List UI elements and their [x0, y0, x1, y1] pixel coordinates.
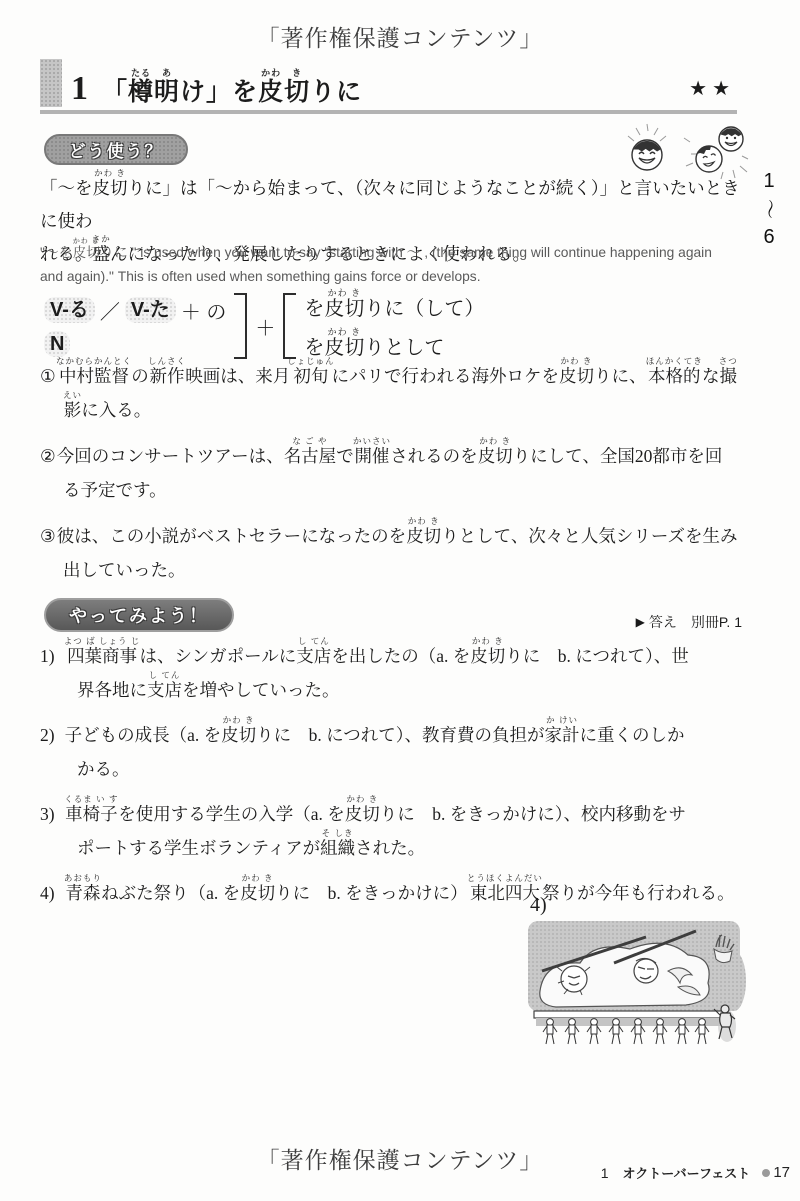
nebuta-float-illustration — [528, 921, 746, 1049]
answer-reference-text: 答え 別冊P. 1 — [649, 612, 742, 632]
example-number: ② — [40, 446, 56, 466]
exercise-item-1: 1)四葉商事よつ ば しょう じは、シンガポールに支店し てんを出したの（a. … — [40, 636, 750, 707]
pattern-left-group: V-る ／ V-た ＋ の N — [44, 296, 226, 357]
exercise-item-2: 2)子どもの成長（a. を皮切かわ きりに b. につれて）、教育費の負担が家計… — [40, 715, 750, 786]
example-sentence-2: ②今回のコンサートツアーは、名古屋な ご やで開催かいさいされるのを皮切かわ き… — [40, 436, 745, 507]
exercise-text: 青森あおもりねぶた祭り（a. を皮切かわ きりに b. をきっかけに）東北四大と… — [65, 883, 735, 903]
example-sentences: ①中村監督なかむらかんとくの新作しんさく映画は、来月初旬しょじゅんにパリで行われ… — [40, 356, 745, 596]
unit-range-tilde: 〜 — [756, 196, 782, 222]
illustration-label: 4) — [530, 894, 547, 917]
footer-lesson-title: オクトーバーフェスト — [623, 1163, 751, 1182]
unit-range-start: 1 — [763, 170, 774, 192]
footer-lesson-number: 1 — [601, 1165, 609, 1181]
usage-paragraph-english: "〜を皮切かわ きりに " is used when you want to s… — [40, 238, 752, 289]
pattern-option-1: を皮切かわ きりに（して） — [304, 288, 484, 325]
lesson-title: 「樽たる明あけ」を皮かわ切きりに — [102, 68, 362, 107]
example-text: 中村監督なかむらかんとくの新作しんさく映画は、来月初旬しょじゅんにパリで行われる… — [57, 366, 738, 420]
example-number: ① — [40, 366, 56, 386]
pattern-row-noun: N — [44, 331, 226, 357]
pattern-chip-v-ru: V-る — [44, 297, 95, 323]
footer-page-number: 17 — [773, 1164, 790, 1181]
grammar-pattern: V-る ／ V-た ＋ の N ＋ を皮切かわ きりに（して） を皮切かわ きり… — [44, 288, 484, 364]
exercise-number: 3) — [40, 804, 55, 824]
footer-page-dot-icon — [762, 1169, 770, 1177]
example-text: 今回のコンサートツアーは、名古屋な ご やで開催かいさいされるのを皮切かわ きり… — [57, 446, 723, 500]
example-sentence-3: ③彼は、この小説がベストセラーになったのを皮切かわ きりとして、次々と人気シリー… — [40, 516, 745, 587]
example-number: ③ — [40, 526, 56, 546]
exercise-list: 1)四葉商事よつ ば しょう じは、シンガポールに支店し てんを出したの（a. … — [40, 636, 750, 918]
pattern-row-verb: V-る ／ V-た ＋ の — [44, 296, 226, 325]
try-it-badge: やってみよう！ — [44, 598, 234, 632]
pattern-plus-no: ＋ の — [181, 296, 227, 325]
answer-arrow-icon: ▶ — [636, 615, 645, 629]
answer-reference: ▶ 答え 別冊P. 1 — [636, 612, 742, 632]
exercise-text: 車椅子くるま い すを使用する学生の入学（a. を皮切かわ きりに b. をきっ… — [65, 804, 686, 858]
how-to-use-badge: どう使う？ — [44, 134, 188, 165]
pattern-options: を皮切かわ きりに（して） を皮切かわ きりとして — [304, 288, 484, 364]
textbook-page: 「著作権保護コンテンツ」 1 「樽たる明あけ」を皮かわ切きりに ★★ どう使う？ — [0, 0, 800, 1201]
lesson-header: 1 「樽たる明あけ」を皮かわ切きりに ★★ — [40, 62, 737, 114]
lesson-number: 1 — [71, 71, 88, 107]
pattern-bracket-left — [283, 293, 296, 359]
exercise-number: 4) — [40, 883, 55, 903]
page-footer: 1 オクトーバーフェスト 17 — [601, 1163, 790, 1182]
pattern-bracket-right — [234, 293, 247, 359]
unit-range-end: 6 — [763, 226, 774, 248]
copyright-top-label: 「著作権保護コンテンツ」 — [0, 20, 800, 53]
exercise-item-4: 4)青森あおもりねぶた祭り（a. を皮切かわ きりに b. をきっかけに）東北四… — [40, 873, 750, 910]
difficulty-stars-icon: ★★ — [689, 76, 737, 107]
example-text: 彼は、この小説がベストセラーになったのを皮切かわ きりとして、次々と人気シリーズ… — [57, 526, 738, 580]
exercise-number: 1) — [40, 646, 55, 666]
exercise-text: 四葉商事よつ ば しょう じは、シンガポールに支店し てんを出したの（a. を皮… — [65, 646, 689, 700]
example-sentence-1: ①中村監督なかむらかんとくの新作しんさく映画は、来月初旬しょじゅんにパリで行われ… — [40, 356, 745, 427]
unit-range-tab: 1 〜 6 — [756, 166, 782, 252]
pattern-slash: ／ — [100, 296, 120, 325]
header-accent-square — [40, 59, 62, 107]
pattern-plus: ＋ — [255, 312, 275, 341]
exercise-text: 子どもの成長（a. を皮切かわ きりに b. につれて）、教育費の負担が家計か … — [65, 725, 685, 779]
exercise-item-3: 3)車椅子くるま い すを使用する学生の入学（a. を皮切かわ きりに b. を… — [40, 794, 750, 865]
exercise-number: 2) — [40, 725, 55, 745]
pattern-chip-v-ta: V-た — [125, 297, 176, 323]
pattern-chip-n: N — [44, 331, 70, 357]
